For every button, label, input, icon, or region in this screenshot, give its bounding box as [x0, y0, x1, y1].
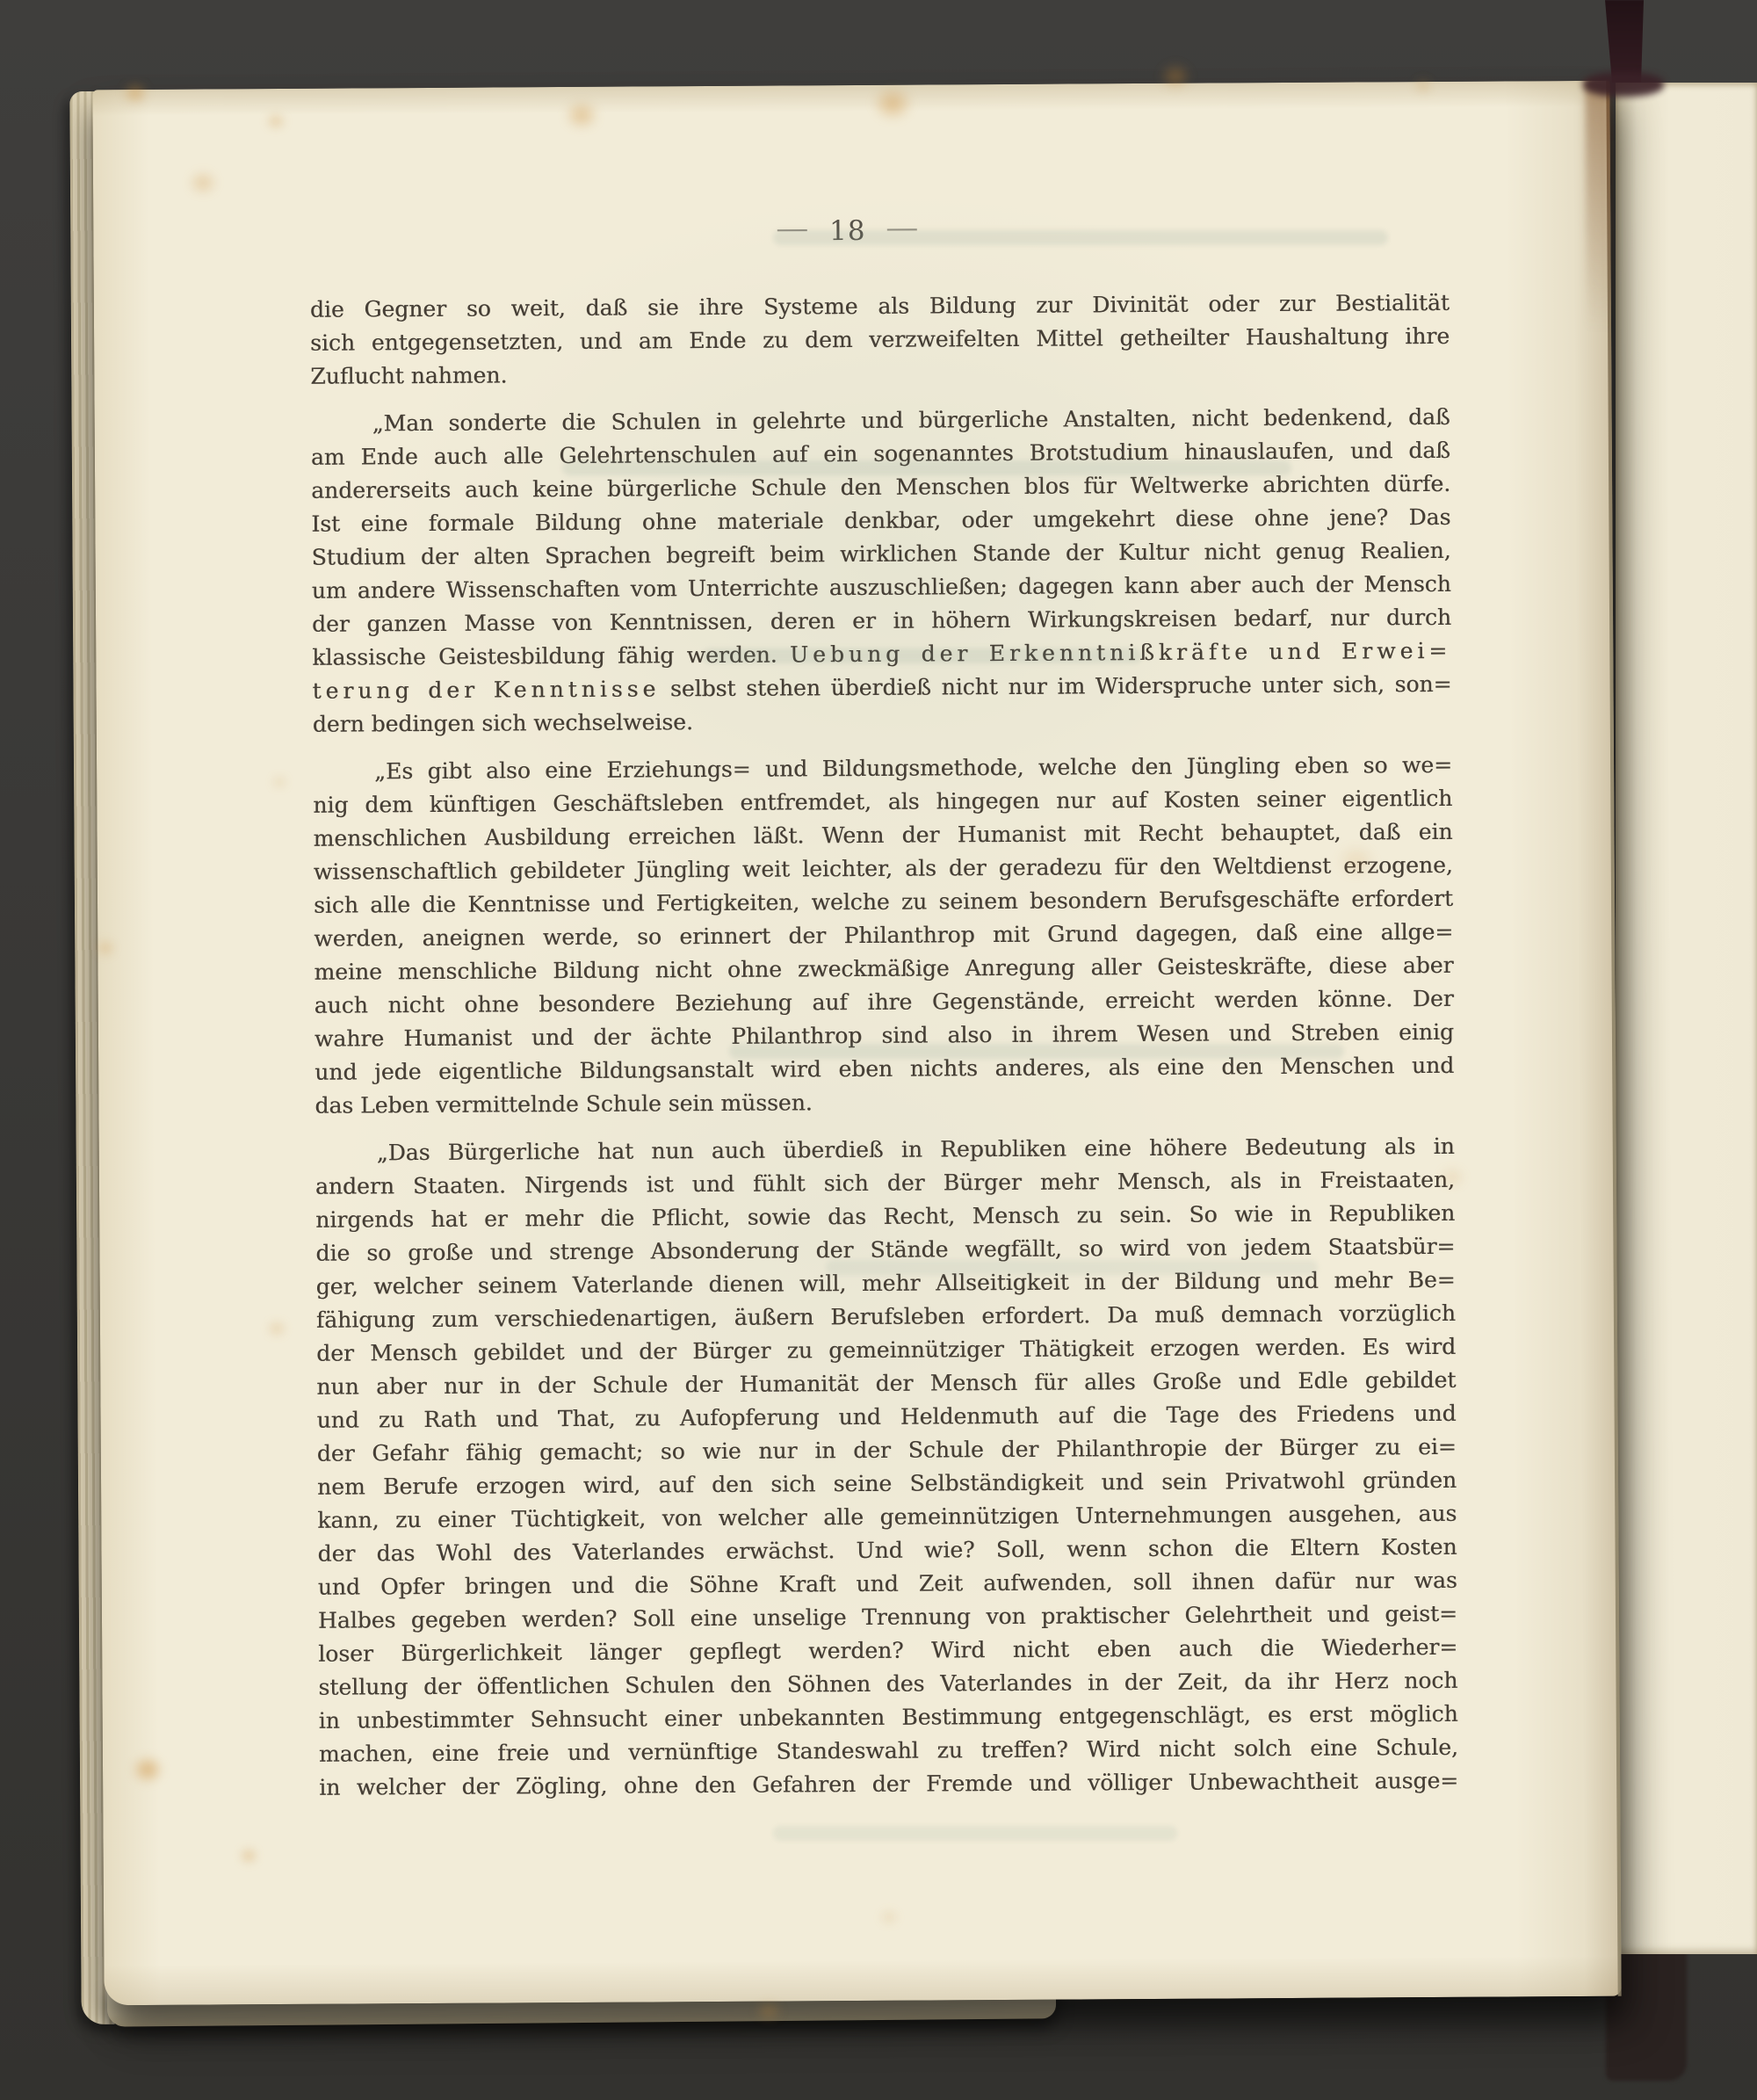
text-segment: auch nicht ohne besondere Beziehung auf … — [315, 986, 1454, 1018]
foxing-stain — [1435, 1163, 1469, 1191]
text-segment: andern Staaten. Nirgends ist und fühlt s… — [315, 1167, 1455, 1199]
ink-showthrough — [826, 1260, 1318, 1275]
foxing-stain — [560, 97, 603, 134]
text-segment: „Das Bürgerliche hat nun auch überdieß i… — [377, 1133, 1455, 1165]
facing-page-edge — [1616, 83, 1757, 1954]
text-segment: Studium der alten Sprachen begreift beim… — [312, 538, 1451, 570]
foxing-stain — [119, 79, 151, 107]
text-segment: nun aber nur in der Schule der Humanität… — [316, 1367, 1456, 1400]
text-segment: selbst stehen überdieß nicht nur im Wide… — [660, 671, 1451, 702]
text-segment: machen, eine freie und vernünftige Stand… — [319, 1734, 1458, 1767]
text-segment: stellung der öffentlichen Schulen den Sö… — [318, 1668, 1457, 1700]
text-segment: der Gefahr fähig gemacht; so wie nur in … — [317, 1434, 1457, 1466]
bookmark-ribbon-tip — [1583, 72, 1664, 97]
text-segment: fähigung zum verschiedenartigen, äußern … — [316, 1300, 1456, 1333]
text-segment: kann, zu einer Tüchtigkeit, von welcher … — [317, 1501, 1457, 1533]
ink-showthrough — [703, 648, 1142, 663]
text-segment: Halbes gegeben werden? Soll eine unselig… — [318, 1601, 1457, 1633]
text-segment: das Leben vermittelnde Schule sein müsse… — [315, 1090, 812, 1118]
foxing-stain — [93, 937, 118, 959]
text-line: dern bedingen sich wechselweise. — [313, 701, 1452, 742]
text-segment: werden, aneignen werde, so erinnert der … — [314, 919, 1453, 952]
text-segment: meine menschliche Bildung nicht ohne zwe… — [314, 952, 1453, 985]
foxing-stain — [237, 1845, 260, 1866]
text-segment: menschlichen Ausbildung erreichen läßt. … — [313, 819, 1452, 851]
text-segment: Zuflucht nahmen. — [310, 362, 507, 388]
book-page: —18— die Gegner so weit, daß sie ihre Sy… — [92, 81, 1621, 2006]
text-segment: nem Berufe erzogen wird, auf den sich se… — [317, 1467, 1457, 1500]
text-segment: die Gegner so weit, daß sie ihre Systeme… — [310, 290, 1450, 322]
gutter-stain — [1585, 81, 1611, 353]
foxing-stain — [128, 1752, 167, 1787]
foxing-stain — [877, 1907, 901, 1928]
text-segment: wissenschaftlich gebildeter Jüngling wei… — [314, 852, 1453, 885]
foxing-stain — [269, 773, 290, 791]
ink-showthrough — [729, 1044, 1344, 1059]
foxing-stain — [752, 1998, 785, 2024]
text-segment: um andere Wissenschaften vom Unterrichte… — [312, 571, 1451, 604]
text-segment: Ist eine formale Bildung ohne materiale … — [311, 504, 1450, 537]
text-segment: und zu Rath und That, zu Aufopferung und… — [317, 1401, 1457, 1433]
foxing-stain — [868, 83, 917, 125]
text-segment: und Opfer bringen und die Söhne Kraft un… — [318, 1568, 1457, 1600]
spaced-text-segment: terung der Kenntnisse — [312, 676, 660, 703]
foxing-stain — [1332, 840, 1381, 882]
text-line: das Leben vermittelnde Schule sein müsse… — [315, 1083, 1454, 1123]
text-segment: sich entgegensetzten, und am Ende zu dem… — [310, 323, 1450, 356]
text-segment: der Mensch gebildet und der Bürger zu ge… — [316, 1334, 1456, 1366]
text-segment: „Man sonderte die Schulen in gelehrte un… — [372, 404, 1450, 436]
ink-showthrough — [773, 230, 1388, 245]
text-segment: in unbestimmter Sehnsucht einer unbekann… — [319, 1701, 1458, 1734]
scan-background: { "colors": {"background":"#3a3937","pap… — [0, 0, 1757, 2100]
foxing-stain — [264, 111, 288, 132]
text-segment: andererseits auch keine bürgerliche Schu… — [311, 471, 1450, 503]
text-line: sich entgegensetzten, und am Ende zu dem… — [310, 320, 1450, 360]
foxing-stain — [184, 167, 221, 199]
foxing-stain — [264, 1318, 289, 1339]
text-segment: der ganzen Masse von Kenntnissen, deren … — [312, 605, 1451, 637]
text-segment: der das Wohl des Vaterlandes erwächst. U… — [317, 1534, 1457, 1567]
text-line: terung der Kenntnisse selbst stehen über… — [312, 668, 1451, 708]
bookmark-ribbon — [1602, 0, 1646, 83]
text-segment: dern bedingen sich wechselweise. — [313, 709, 693, 737]
text-segment: in welcher der Zögling, ohne den Gefahre… — [319, 1768, 1458, 1800]
foxing-stain — [1156, 60, 1195, 93]
text-segment: „Es gibt also eine Erziehungs= und Bildu… — [374, 752, 1452, 784]
ink-showthrough — [773, 1826, 1177, 1841]
text-segment: nirgends hat er mehr die Pflicht, sowie … — [315, 1200, 1455, 1233]
text-segment: nig dem künftigen Geschäftsleben entfrem… — [313, 786, 1452, 818]
ink-showthrough — [562, 460, 1291, 475]
text-segment: loser Bürgerlichkeit länger gepflegt wer… — [318, 1634, 1457, 1667]
text-segment: sich alle die Kenntnisse und Fertigkeite… — [314, 886, 1453, 918]
text-line: in welcher der Zögling, ohne den Gefahre… — [319, 1764, 1458, 1805]
text-line: Zuflucht nahmen. — [310, 353, 1450, 394]
foxing-stain — [1411, 76, 1435, 97]
